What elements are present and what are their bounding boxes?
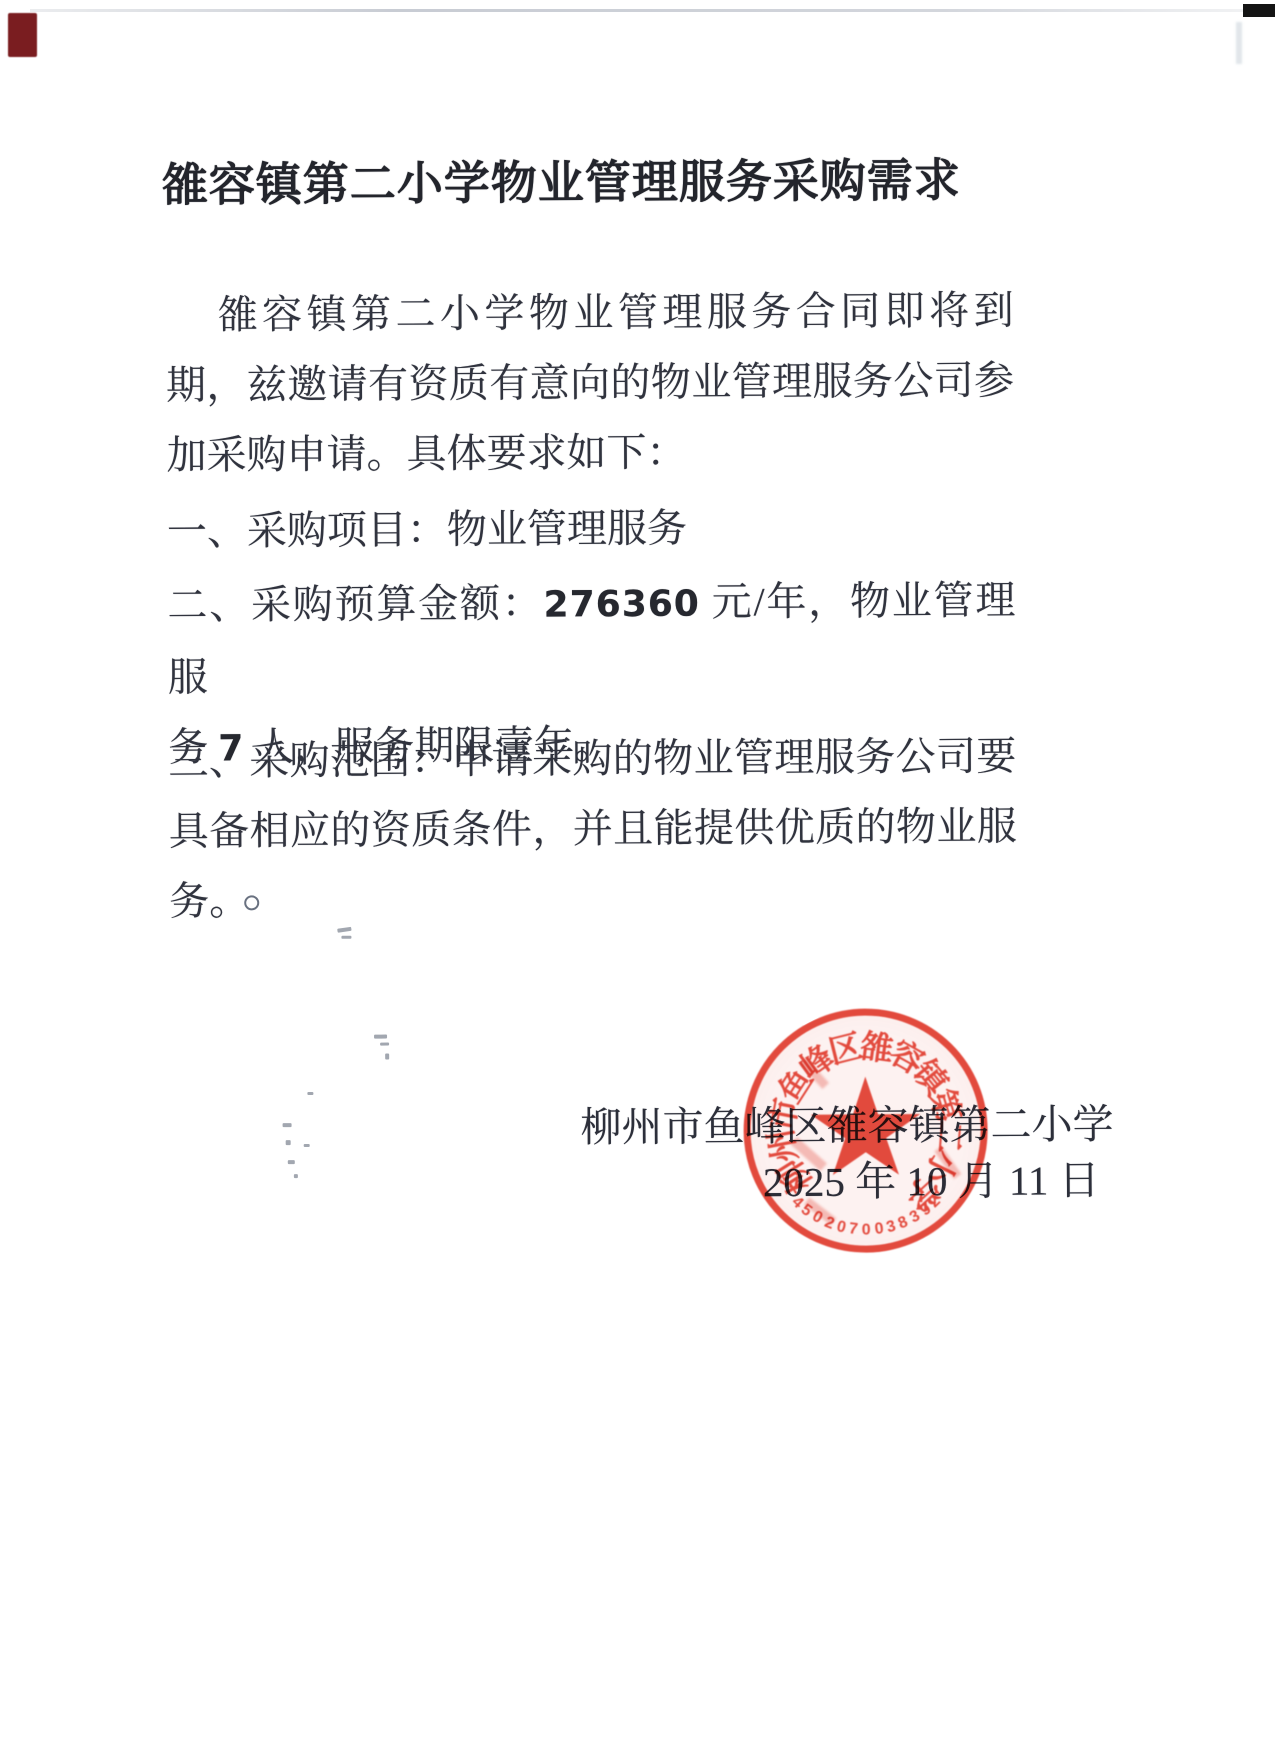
official-seal: 柳州市鱼峰区雒容镇第二小学 4502070038392 [743,1008,988,1253]
scan-smudge [288,1160,295,1164]
scan-smudge [294,1174,298,1178]
budget-label: 二、采购预算金额： [167,581,543,628]
scan-smudge [374,1035,387,1039]
item-1: 一、采购项目：物业管理服务 [167,492,1015,567]
scan-smudge [286,1140,291,1145]
paragraph-line: 加采购申请。具体要求如下： [166,416,1014,491]
scan-smudge [385,1054,389,1060]
scan-smudge [307,1092,313,1095]
item-line: 二、采购预算金额：276360 元/年，物业管理服 [167,566,1016,713]
corner-ink-mark [8,13,37,57]
corner-scan-bar [1243,4,1275,17]
scan-edge-streak [30,9,1250,12]
scan-smudge [244,895,259,910]
document-title: 雒容镇第二小学物业管理服务采购需求 [162,144,1022,215]
scan-smudge [304,1144,310,1147]
edge-smudge [1236,22,1242,64]
scan-smudge [380,1043,389,1046]
item-3: 三、采购范围：申请采购的物业管理服务公司要 具备相应的资质条件，并且能提供优质的… [168,722,1017,937]
paragraph-line: 雒容镇第二小学物业管理服务合同即将到 [165,276,1013,351]
scanned-page: 雒容镇第二小学物业管理服务采购需求 雒容镇第二小学物业管理服务合同即将到 期，兹… [0,0,1275,1754]
item-line: 具备相应的资质条件，并且能提供优质的物业服 [169,792,1017,867]
scan-smudge [283,1123,292,1127]
scan-smudge [341,936,351,939]
budget-amount: 276360 [543,584,700,626]
intro-paragraph: 雒容镇第二小学物业管理服务合同即将到 期，兹邀请有资质有意向的物业管理服务公司参… [165,276,1014,491]
paragraph-line: 期，兹邀请有资质有意向的物业管理服务公司参 [166,346,1014,421]
item-line: 三、采购范围：申请采购的物业管理服务公司要 [168,722,1016,797]
item-line: 务。 [169,862,1017,937]
item-line: 一、采购项目：物业管理服务 [167,492,1015,567]
